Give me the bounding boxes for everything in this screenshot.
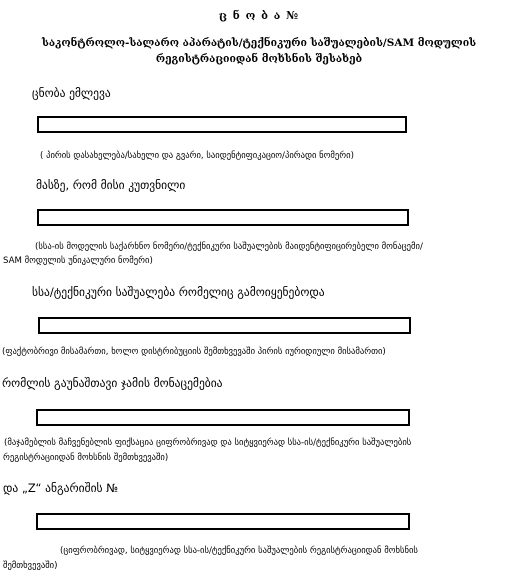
owned-item-note-line1: (სსა-ის მოდელის საქარხნო ნომერი/ტექნიკურ… [35, 242, 423, 252]
device-location-note: (ფაქტობრივი მისამართი, ხოლო დისტრიბუციის… [2, 347, 386, 357]
z-report-note-line1: (ციფრობრივად, სიტყვიერად სსა-ის/ტექნიკურ… [60, 546, 418, 556]
issued-to-field[interactable] [37, 116, 407, 133]
document-subtitle-line2: რეგისტრაციიდან მოხსნის შესახებ [0, 53, 518, 65]
z-report-label: და „Z“ ანგარიშის № [3, 481, 118, 495]
issued-to-note: ( პირის დასახელება/სახელი და გვარი, საიდ… [40, 151, 354, 161]
totals-data-note-line2: რეგისტრაციიდან მოხსნის შემთხვევაში) [3, 453, 168, 463]
owned-item-note-line2: SAM მოდულის უნიკალური ნომერი) [3, 256, 153, 266]
device-location-label: სსა/ტექნიკური საშუალება რომელიც გამოიყენ… [32, 285, 325, 299]
issued-to-label: ცნობა ემლევა [32, 86, 111, 100]
z-report-note-line2: შემთხვევაში) [3, 561, 57, 571]
owned-item-field[interactable] [37, 209, 409, 226]
document-title: ც ნ ო ბ ა № [0, 9, 518, 22]
totals-data-note-line1: (მაჯამებლის მაჩვენებლის ფიქსაცია ციფრობრ… [4, 438, 411, 448]
device-location-field[interactable] [38, 317, 411, 334]
document-subtitle-line1: საკონტროლო-სალარო აპარატის/ტექნიკური საშ… [0, 37, 518, 49]
totals-data-field[interactable] [36, 409, 410, 426]
owned-item-label: მასზე, რომ მისი კუთვნილი [36, 178, 185, 192]
totals-data-label: რომლის გაუნაშთავი ჯამის მონაცემებია [2, 376, 223, 390]
z-report-field[interactable] [36, 513, 410, 530]
